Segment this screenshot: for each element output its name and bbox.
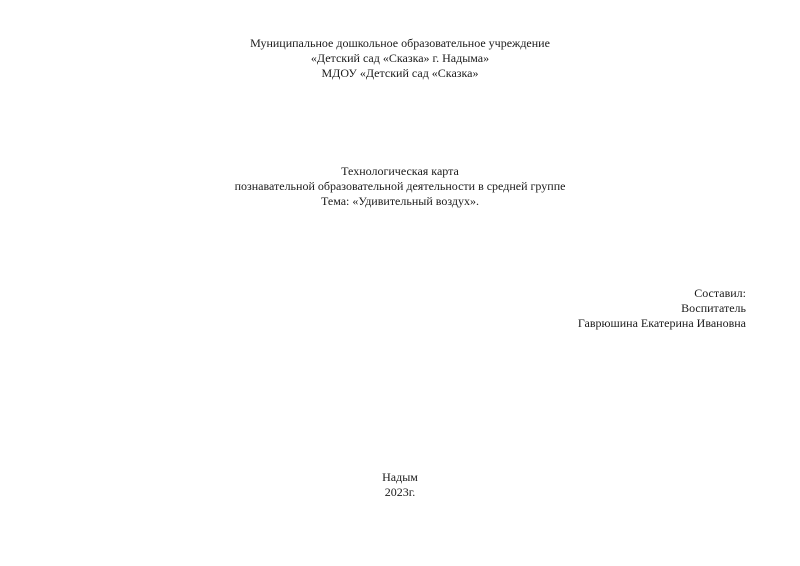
footer-city: Надым [0, 470, 800, 485]
author-block: Составил: Воспитатель Гаврюшина Екатерин… [578, 286, 746, 331]
document-footer: Надым 2023г. [0, 470, 800, 500]
institution-name: Муниципальное дошкольное образовательное… [0, 36, 800, 51]
author-name: Гаврюшина Екатерина Ивановна [578, 316, 746, 331]
document-title: Технологическая карта [0, 164, 800, 179]
document-title-block: Технологическая карта познавательной обр… [0, 164, 800, 209]
document-page: Муниципальное дошкольное образовательное… [0, 0, 800, 566]
institution-short-name: МДОУ «Детский сад «Сказка» [0, 66, 800, 81]
document-subtitle: познавательной образовательной деятельно… [0, 179, 800, 194]
document-topic: Тема: «Удивительный воздух». [0, 194, 800, 209]
author-label: Составил: [578, 286, 746, 301]
institution-full-name: «Детский сад «Сказка» г. Надыма» [0, 51, 800, 66]
institution-header: Муниципальное дошкольное образовательное… [0, 36, 800, 81]
footer-year: 2023г. [0, 485, 800, 500]
author-position: Воспитатель [578, 301, 746, 316]
